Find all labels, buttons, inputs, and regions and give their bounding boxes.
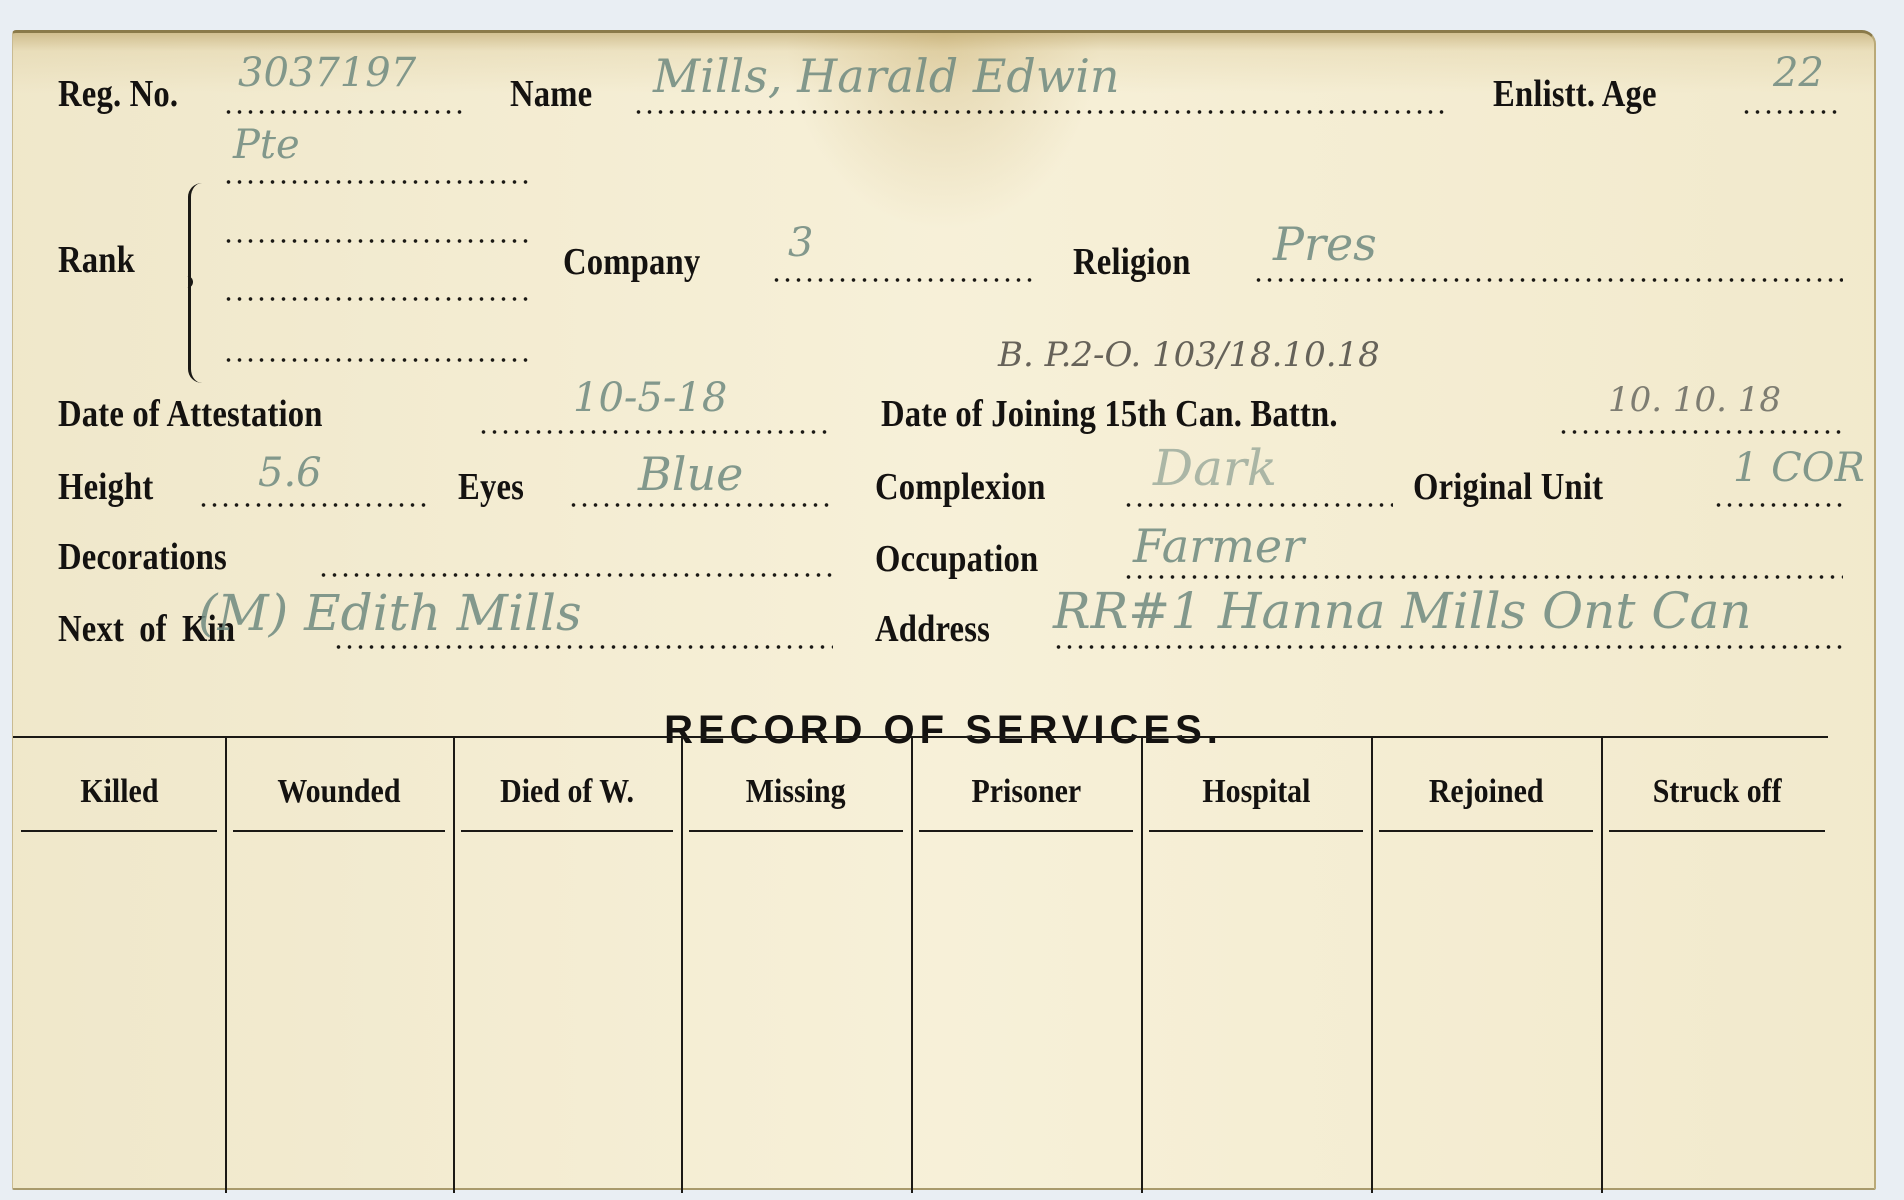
original-unit-value: 1 COR: [1733, 448, 1865, 488]
name-label: Name: [510, 75, 592, 113]
address-value: RR#1 Hanna Mills Ont Can: [1053, 586, 1752, 636]
column-header: Struck off: [1601, 773, 1833, 811]
address-label: Address: [875, 610, 990, 648]
header-underline: [689, 830, 903, 832]
rank-brace-tip: [181, 276, 193, 288]
eyes-label: Eyes: [458, 468, 524, 506]
height-label: Height: [58, 468, 153, 506]
complexion-label: Complexion: [875, 468, 1046, 506]
rank-label: Rank: [58, 241, 135, 279]
header-underline: [919, 830, 1133, 832]
company-label: Company: [563, 243, 700, 281]
reg-no-label: Reg. No.: [58, 75, 178, 113]
religion-value: Pres: [1273, 221, 1377, 267]
column-header: Missing: [681, 773, 911, 811]
name-line: [633, 110, 1448, 114]
column-died-of-wounds: Died of W.: [453, 738, 681, 1193]
column-header: Hospital: [1141, 773, 1371, 811]
rank-line-4: [223, 358, 528, 362]
decorations-line: [318, 573, 833, 577]
height-value: 5.6: [258, 453, 322, 493]
service-record-card: Reg. No. 3037197 Name Mills, Harald Edwi…: [12, 30, 1876, 1190]
occupation-value: Farmer: [1133, 523, 1304, 569]
header-underline: [1379, 830, 1593, 832]
occupation-line: [1123, 575, 1843, 579]
religion-label: Religion: [1073, 243, 1191, 281]
date-of-attestation-line: [478, 430, 833, 434]
column-missing: Missing: [681, 738, 911, 1193]
company-value: 3: [788, 223, 813, 263]
enlist-age-value: 22: [1773, 53, 1824, 93]
religion-line: [1253, 278, 1843, 282]
header-underline: [1149, 830, 1363, 832]
column-prisoner: Prisoner: [911, 738, 1141, 1193]
header-underline: [461, 830, 673, 832]
original-unit-line: [1713, 503, 1843, 507]
eyes-value: Blue: [638, 451, 743, 497]
column-header: Rejoined: [1371, 773, 1601, 811]
column-wounded: Wounded: [225, 738, 453, 1193]
column-header: Killed: [13, 773, 225, 811]
complexion-line: [1123, 503, 1393, 507]
header-underline: [1609, 830, 1825, 832]
column-header: Prisoner: [911, 773, 1141, 811]
header-underline: [21, 830, 217, 832]
rank-line-1: [223, 180, 528, 184]
column-killed: Killed: [13, 738, 225, 1193]
height-line: [198, 503, 428, 507]
date-of-joining-line: [1558, 430, 1843, 434]
date-of-joining-label: Date of Joining 15th Can. Battn.: [881, 395, 1338, 433]
posting-annotation: B. P.2-O. 103/18.10.18: [998, 338, 1380, 372]
date-of-attestation-label: Date of Attestation: [58, 395, 323, 433]
date-of-attestation-value: 10-5-18: [573, 378, 727, 418]
column-hospital: Hospital: [1141, 738, 1371, 1193]
next-of-kin-value: (M) Edith Mills: [198, 588, 582, 638]
decorations-label: Decorations: [58, 538, 227, 576]
next-of-kin-line: [333, 645, 833, 649]
reg-no-line: [223, 110, 468, 114]
complexion-value: Dark: [1153, 443, 1277, 493]
company-line: [771, 278, 1036, 282]
column-struck-off: Struck off: [1601, 738, 1833, 1193]
eyes-line: [568, 503, 833, 507]
occupation-label: Occupation: [875, 540, 1038, 578]
original-unit-label: Original Unit: [1413, 468, 1603, 506]
rank-value-1: Pte: [233, 125, 300, 165]
column-header: Died of W.: [453, 773, 681, 811]
column-header: Wounded: [225, 773, 453, 811]
column-rejoined: Rejoined: [1371, 738, 1601, 1193]
name-value: Mills, Harald Edwin: [653, 53, 1120, 99]
enlist-age-label: Enlistt. Age: [1493, 75, 1657, 113]
address-line: [1053, 645, 1843, 649]
header-underline: [233, 830, 445, 832]
date-of-joining-value: 10. 10. 18: [1608, 383, 1781, 417]
rank-line-3: [223, 297, 528, 301]
enlist-age-line: [1741, 110, 1841, 114]
reg-no-value: 3037197: [238, 53, 416, 93]
rank-line-2: [223, 239, 528, 243]
